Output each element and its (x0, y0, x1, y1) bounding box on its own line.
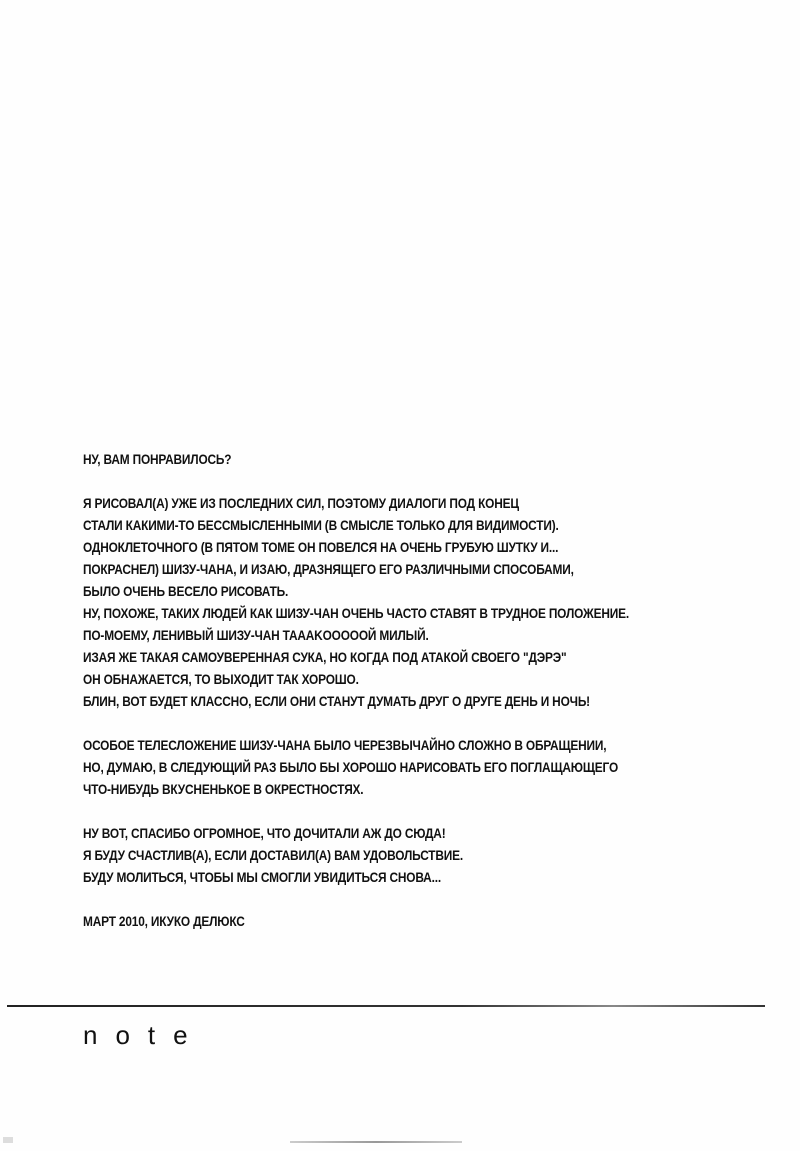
text-line: СТАЛИ КАКИМИ-ТО БЕССМЫСЛЕННЫМИ (В СМЫСЛЕ… (83, 515, 699, 537)
text-line: ИЗАЯ ЖЕ ТАКАЯ САМОУВЕРЕННАЯ СУКА, НО КОГ… (83, 647, 699, 669)
scan-artifact-line (290, 1141, 462, 1143)
paragraph-thanks: НУ ВОТ, СПАСИБО ОГРОМНОЕ, ЧТО ДОЧИТАЛИ А… (83, 823, 699, 889)
text-line: ОСОБОЕ ТЕЛЕСЛОЖЕНИЕ ШИЗУ-ЧАНА БЫЛО ЧЕРЕЗ… (83, 735, 699, 757)
scan-artifact (3, 1137, 13, 1143)
horizontal-divider (7, 1005, 765, 1007)
section-label-note: note (83, 1020, 206, 1051)
text-line: НУ ВОТ, СПАСИБО ОГРОМНОЕ, ЧТО ДОЧИТАЛИ А… (83, 823, 699, 845)
text-line: ОДНОКЛЕТОЧНОГО (В ПЯТОМ ТОМЕ ОН ПОВЕЛСЯ … (83, 537, 699, 559)
text-line: ПО-МОЕМУ, ЛЕНИВЫЙ ШИЗУ-ЧАН ТААAKOOOOOЙ М… (83, 625, 699, 647)
text-line: ЧТО-НИБУДЬ ВКУСНЕНЬКОЕ В ОКРЕСТНОСТЯХ. (83, 779, 699, 801)
text-line: ОН ОБНАЖАЕТСЯ, ТО ВЫХОДИТ ТАК ХОРОШО. (83, 669, 699, 691)
afterword-text: НУ, ВАМ ПОНРАВИЛОСЬ? Я РИСОВАЛ(А) УЖЕ ИЗ… (83, 449, 699, 933)
text-line: НО, ДУМАЮ, В СЛЕДУЮЩИЙ РАЗ БЫЛО БЫ ХОРОШ… (83, 757, 699, 779)
text-line: НУ, ПОХОЖЕ, ТАКИХ ЛЮДЕЙ КАК ШИЗУ-ЧАН ОЧЕ… (83, 603, 699, 625)
text-line: БУДУ МОЛИТЬСЯ, ЧТОБЫ МЫ СМОГЛИ УВИДИТЬСЯ… (83, 867, 699, 889)
manga-afterword-page: НУ, ВАМ ПОНРАВИЛОСЬ? Я РИСОВАЛ(А) УЖЕ ИЗ… (0, 0, 800, 1151)
paragraph-signature: МАРТ 2010, ИКУКО ДЕЛЮКС (83, 911, 699, 933)
signature-line: МАРТ 2010, ИКУКО ДЕЛЮКС (83, 911, 699, 933)
paragraph-drawing-notes: Я РИСОВАЛ(А) УЖЕ ИЗ ПОСЛЕДНИХ СИЛ, ПОЭТО… (83, 493, 699, 713)
text-line: НУ, ВАМ ПОНРАВИЛОСЬ? (83, 449, 699, 471)
text-line: БЫЛО ОЧЕНЬ ВЕСЕЛО РИСОВАТЬ. (83, 581, 699, 603)
text-line: Я РИСОВАЛ(А) УЖЕ ИЗ ПОСЛЕДНИХ СИЛ, ПОЭТО… (83, 493, 699, 515)
text-line: Я БУДУ СЧАСТЛИВ(А), ЕСЛИ ДОСТАВИЛ(А) ВАМ… (83, 845, 699, 867)
paragraph-greeting: НУ, ВАМ ПОНРАВИЛОСЬ? (83, 449, 699, 471)
paragraph-physique: ОСОБОЕ ТЕЛЕСЛОЖЕНИЕ ШИЗУ-ЧАНА БЫЛО ЧЕРЕЗ… (83, 735, 699, 801)
text-line: БЛИН, ВОТ БУДЕТ КЛАССНО, ЕСЛИ ОНИ СТАНУТ… (83, 691, 699, 713)
text-line: ПОКРАСНЕЛ) ШИЗУ-ЧАНА, И ИЗАЮ, ДРАЗНЯЩЕГО… (83, 559, 699, 581)
